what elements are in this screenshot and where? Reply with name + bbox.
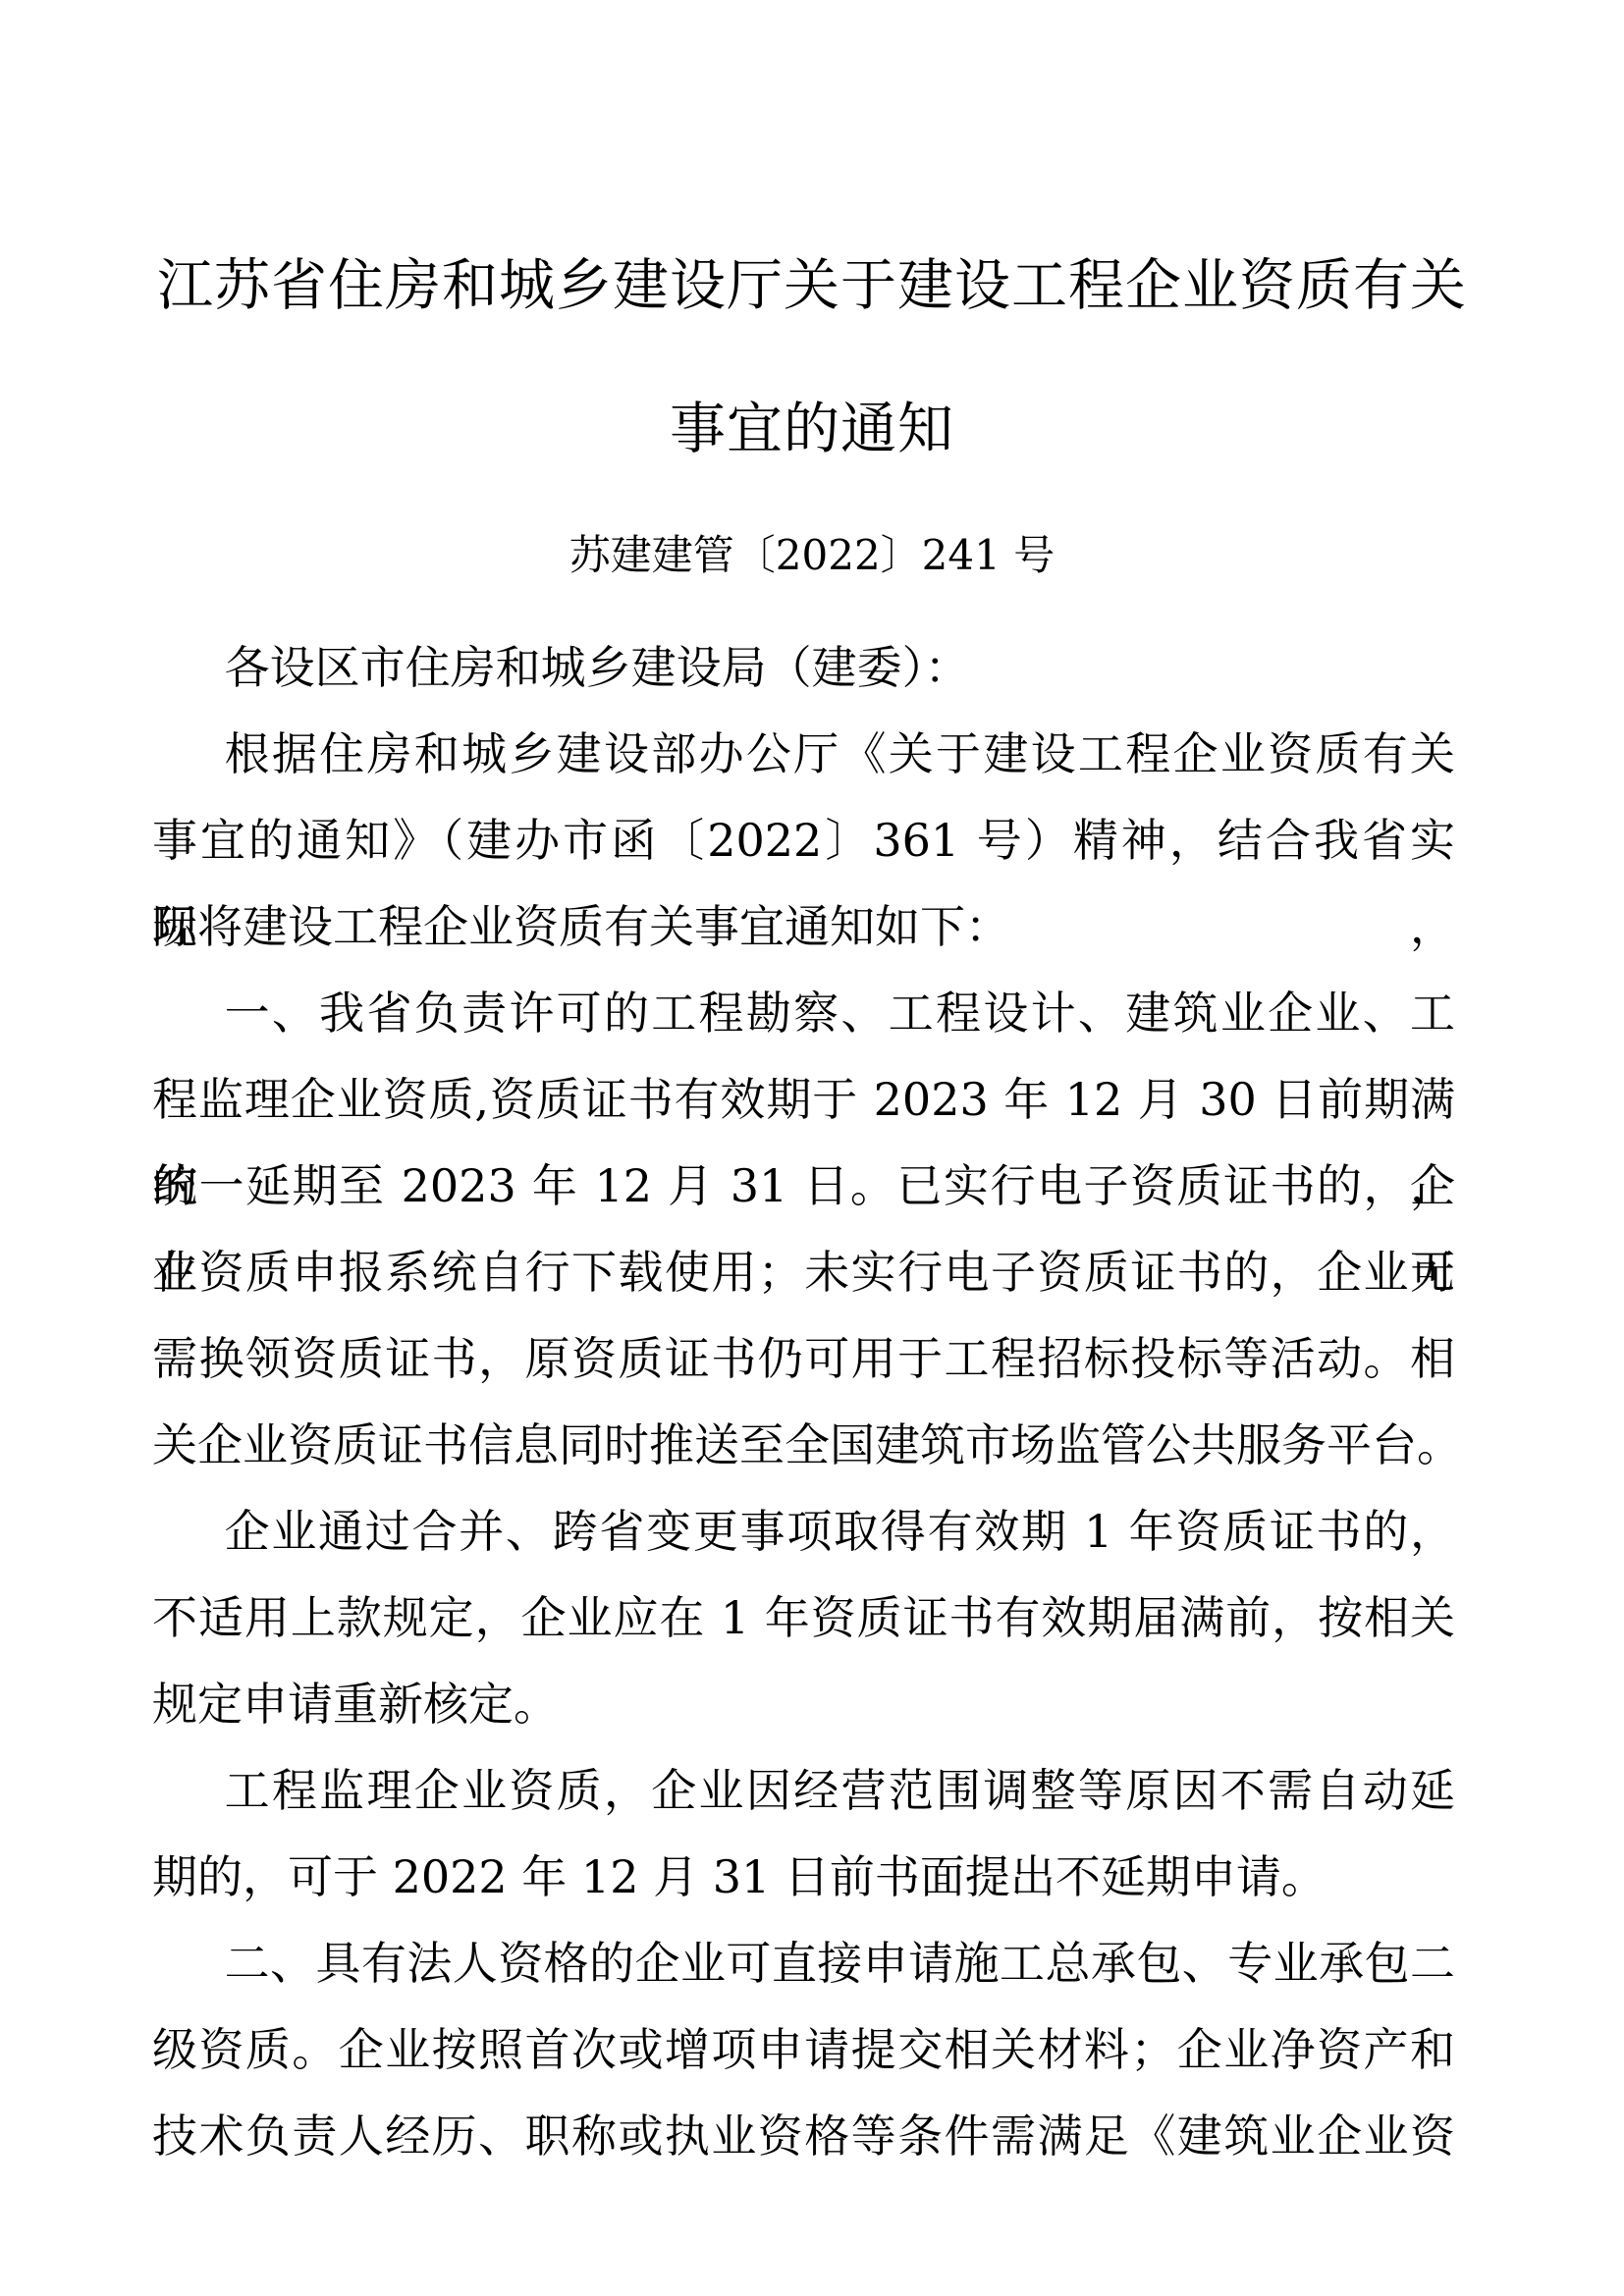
body-line: 在资质申报系统自行下载使用；未实行电子资质证书的，企业无 xyxy=(152,1229,1455,1315)
document-number: 苏建建管〔2022〕241 号 xyxy=(0,528,1624,583)
body-line: 级资质。企业按照首次或增项申请提交相关材料；企业净资产和 xyxy=(152,2006,1455,2093)
body-line: 规定申请重新核定。 xyxy=(152,1661,1455,1747)
body-line: 统一延期至 2023 年 12 月 31 日。已实行电子资质证书的，企业可 xyxy=(152,1143,1455,1229)
document-page: 江苏省住房和城乡建设厅关于建设工程企业资质有关 事宜的通知 苏建建管〔2022〕… xyxy=(0,0,1624,2296)
document-title: 江苏省住房和城乡建设厅关于建设工程企业资质有关 事宜的通知 xyxy=(0,0,1624,501)
body-line: 企业通过合并、跨省变更事项取得有效期 1 年资质证书的， xyxy=(152,1488,1455,1575)
body-line: 事宜的通知》（建办市函〔2022〕361 号）精神，结合我省实际， xyxy=(152,797,1455,883)
body-line: 关企业资质证书信息同时推送至全国建筑市场监管公共服务平台。 xyxy=(152,1402,1455,1488)
body-line: 一、我省负责许可的工程勘察、工程设计、建筑业企业、工 xyxy=(152,970,1455,1056)
body-line: 工程监理企业资质，企业因经营范围调整等原因不需自动延 xyxy=(152,1747,1455,1834)
body-line: 需换领资质证书，原资质证书仍可用于工程招标投标等活动。相 xyxy=(152,1315,1455,1402)
body-line: 根据住房和城乡建设部办公厅《关于建设工程企业资质有关 xyxy=(152,711,1455,797)
document-title-line2: 事宜的通知 xyxy=(0,357,1624,501)
body-line: 各设区市住房和城乡建设局（建委）： xyxy=(152,624,1455,711)
document-title-line1: 江苏省住房和城乡建设厅关于建设工程企业资质有关 xyxy=(0,214,1624,357)
document-body: 各设区市住房和城乡建设局（建委）：根据住房和城乡建设部办公厅《关于建设工程企业资… xyxy=(0,624,1624,2179)
body-line: 二、具有法人资格的企业可直接申请施工总承包、专业承包二 xyxy=(152,1920,1455,2006)
body-lines: 各设区市住房和城乡建设局（建委）：根据住房和城乡建设部办公厅《关于建设工程企业资… xyxy=(152,624,1455,2179)
body-line: 技术负责人经历、职称或执业资格等条件需满足《建筑业企业资 xyxy=(152,2093,1455,2179)
body-line: 期的，可于 2022 年 12 月 31 日前书面提出不延期申请。 xyxy=(152,1834,1455,1920)
body-line: 不适用上款规定，企业应在 1 年资质证书有效期届满前，按相关 xyxy=(152,1575,1455,1661)
body-line: 程监理企业资质,资质证书有效期于 2023 年 12 月 30 日前期满的， xyxy=(152,1056,1455,1143)
